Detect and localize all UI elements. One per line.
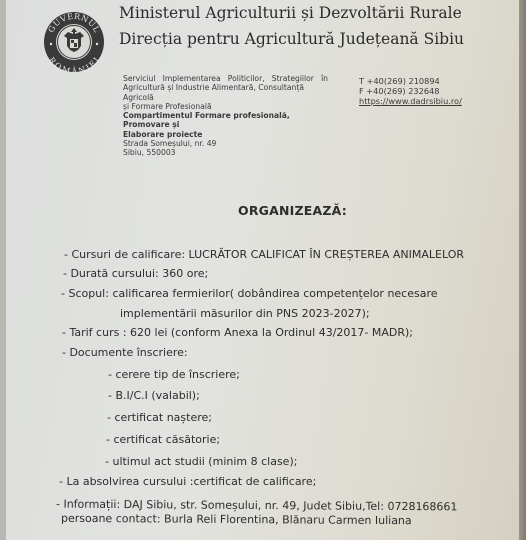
item-completion: - La absolvirea cursului :certificat de …	[59, 475, 316, 488]
item-duration: - Durată cursului: 360 ore;	[63, 267, 208, 280]
service-line-2: Agricultură și Industrie Alimentară, Con…	[123, 83, 328, 102]
contact-block: T +40(269) 210894 F +40(269) 232648 http…	[359, 76, 462, 106]
photo-edge-right	[519, 0, 526, 540]
document-page: GUVERNUL ROMÂNIEI Ministerul Agriculturi…	[6, 0, 519, 540]
ministry-name: Ministerul Agriculturii și Dezvoltării R…	[119, 4, 462, 22]
city-address: Sibiu, 550003	[123, 148, 328, 157]
fax-number: F +40(269) 232648	[359, 86, 462, 96]
item-info-line-1: - Informații: DAJ Sibiu, str. Someșului,…	[56, 498, 458, 514]
item-purpose-line-2: implementării măsurilor din PNS 2023-202…	[120, 307, 370, 320]
directorate-name: Direcția pentru Agricultură Județeană Si…	[119, 30, 464, 48]
item-purpose-line-1: - Scopul: calificarea fermierilor( dobân…	[61, 287, 438, 300]
document-item: - cerere tip de înscriere;	[108, 368, 240, 381]
item-fee: - Tarif curs : 620 lei (conform Anexa la…	[62, 326, 413, 339]
government-seal-icon: GUVERNUL ROMÂNIEI	[43, 11, 105, 73]
service-line-1: Serviciul Implementarea Politicilor, Str…	[123, 74, 328, 83]
service-line-3: și Formare Profesională	[123, 102, 328, 111]
phone-number: T +40(269) 210894	[359, 76, 462, 86]
document-title: ORGANIZEAZĂ:	[238, 203, 347, 218]
document-item: - certificat naștere;	[107, 411, 212, 424]
website-link[interactable]: https://www.dadrsibiu.ro/	[359, 96, 462, 106]
street-address: Strada Someșului, nr. 49	[123, 139, 328, 148]
department-block: Serviciul Implementarea Politicilor, Str…	[123, 74, 328, 158]
compartment-line-2: Elaborare proiecte	[123, 130, 328, 139]
document-item: - certificat căsătorie;	[106, 433, 220, 446]
item-documents-label: - Documente înscriere:	[62, 346, 188, 359]
document-item: - ultimul act studii (minim 8 clase);	[105, 455, 297, 468]
compartment-line-1: Compartimentul Formare profesională, Pro…	[123, 111, 328, 130]
document-item: - B.I/C.I (valabil);	[108, 389, 200, 402]
item-course: - Cursuri de calificare: LUCRĂTOR CALIFI…	[64, 248, 464, 261]
item-info-line-2: persoane contact: Burla Reli Florentina,…	[61, 512, 412, 527]
